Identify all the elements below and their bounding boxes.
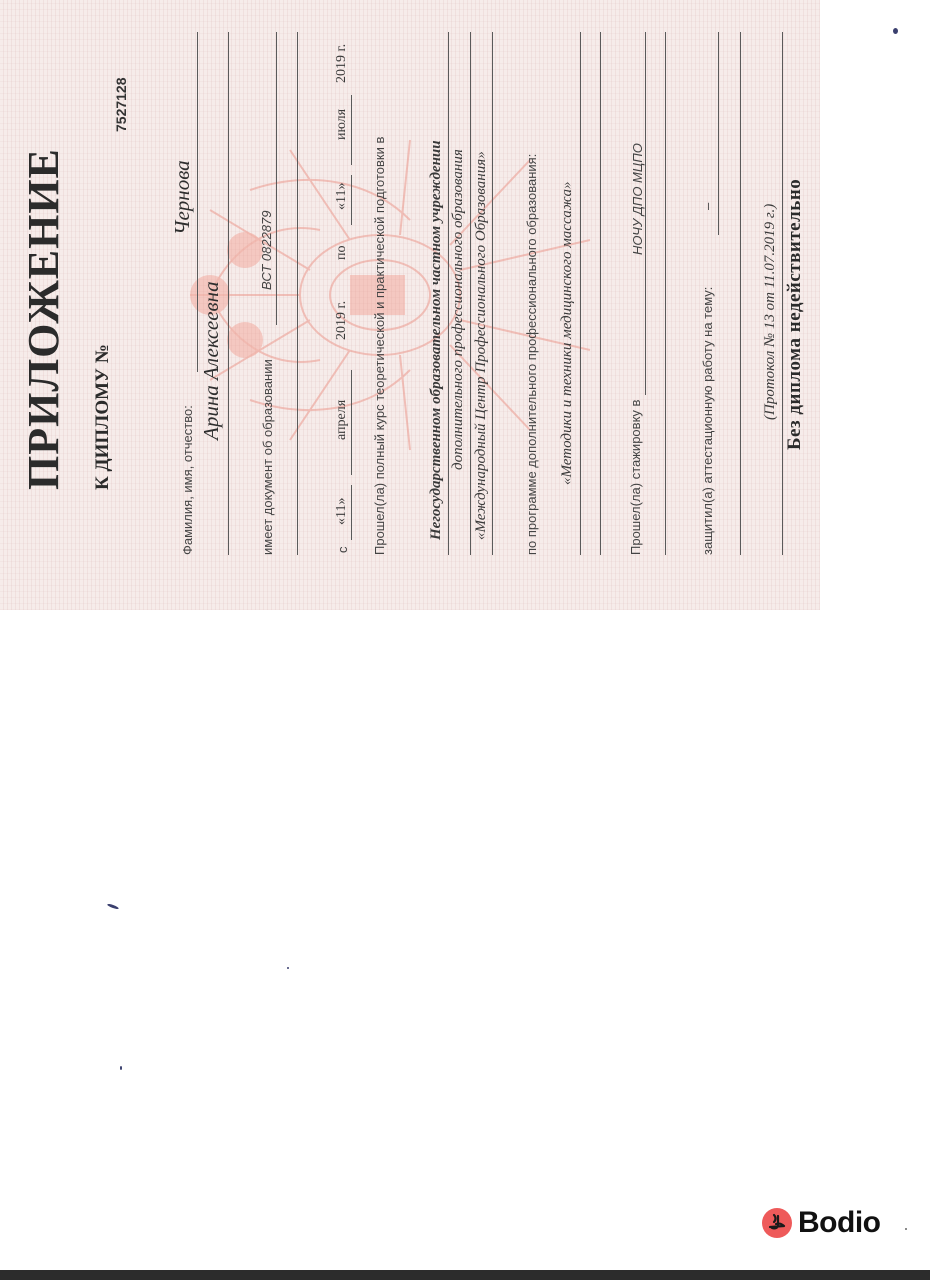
document-subtitle: К ДИПЛОМУ № [92, 344, 114, 490]
underline [470, 32, 471, 555]
scan-speck [120, 1066, 122, 1070]
thesis-topic-value: – [700, 203, 715, 210]
underline [351, 95, 352, 165]
scanner-edge [0, 1270, 930, 1280]
institution-line-2: дополнительного профессионального образо… [450, 149, 467, 470]
underline [665, 32, 666, 555]
institution-line-3: «Международный Центр Профессионального О… [473, 151, 490, 540]
underline [351, 485, 352, 540]
period-from-day: «11» [334, 498, 350, 525]
period-to-prefix: по [334, 246, 350, 261]
underline [351, 370, 352, 475]
course-label: Прошел(ла) полный курс теоретической и п… [372, 137, 387, 555]
last-name-value: Чернова [170, 160, 195, 235]
period-from-year: 2019 г. [334, 301, 350, 340]
bodio-brand-text: Bodio [798, 1206, 880, 1240]
underline [276, 32, 277, 325]
underline [782, 32, 783, 555]
program-name-value: «Методики и техники медицинского массажа… [559, 182, 576, 486]
underline [718, 32, 719, 235]
period-from-month: апреля [334, 400, 350, 440]
underline [228, 32, 229, 555]
first-middle-name-value: Арина Алексеевна [199, 281, 224, 440]
period-to-month: июля [334, 109, 350, 140]
period-from-prefix: с [335, 547, 350, 554]
underline [580, 32, 581, 555]
protocol-text: (Протокол № 13 от 11.07.2019 г.) [762, 204, 779, 420]
underline [197, 32, 198, 372]
underline [492, 32, 493, 555]
underline [448, 32, 449, 555]
bodio-watermark: Bodio [762, 1206, 880, 1240]
underline [600, 32, 601, 555]
period-to-day: «11» [334, 183, 350, 210]
scan-speck [893, 28, 898, 34]
underline [645, 32, 646, 395]
thesis-label: защитил(а) аттестационную работу на тему… [700, 287, 715, 555]
underline [351, 175, 352, 225]
fio-label: Фамилия, имя, отчество: [180, 405, 195, 555]
scan-speck [107, 903, 119, 910]
institution-line-1: Негосударственном образовательном частно… [428, 140, 445, 540]
underline [740, 32, 741, 555]
diploma-appendix-page: ПРИЛОЖЕНИЕ К ДИПЛОМУ № 7527128 Фамилия, … [0, 0, 820, 610]
internship-place-value: НОЧУ ДПО МЦПО [630, 143, 645, 255]
prior-education-doc-value: ВСТ 0822879 [259, 210, 274, 290]
diploma-number: 7527128 [113, 77, 129, 132]
period-to-year: 2019 г. [334, 44, 350, 83]
scan-speck [905, 1228, 907, 1230]
scan-speck [287, 967, 289, 969]
validity-note: Без диплома недействительно [784, 179, 806, 450]
prior-education-label: имеет документ об образовании [260, 359, 275, 555]
underline [297, 32, 298, 555]
document-title: ПРИЛОЖЕНИЕ [18, 148, 69, 490]
bodio-logo-icon [762, 1208, 792, 1238]
program-label: по программе дополнительного профессиона… [524, 154, 539, 555]
internship-label: Прошел(ла) стажировку в [628, 400, 643, 555]
